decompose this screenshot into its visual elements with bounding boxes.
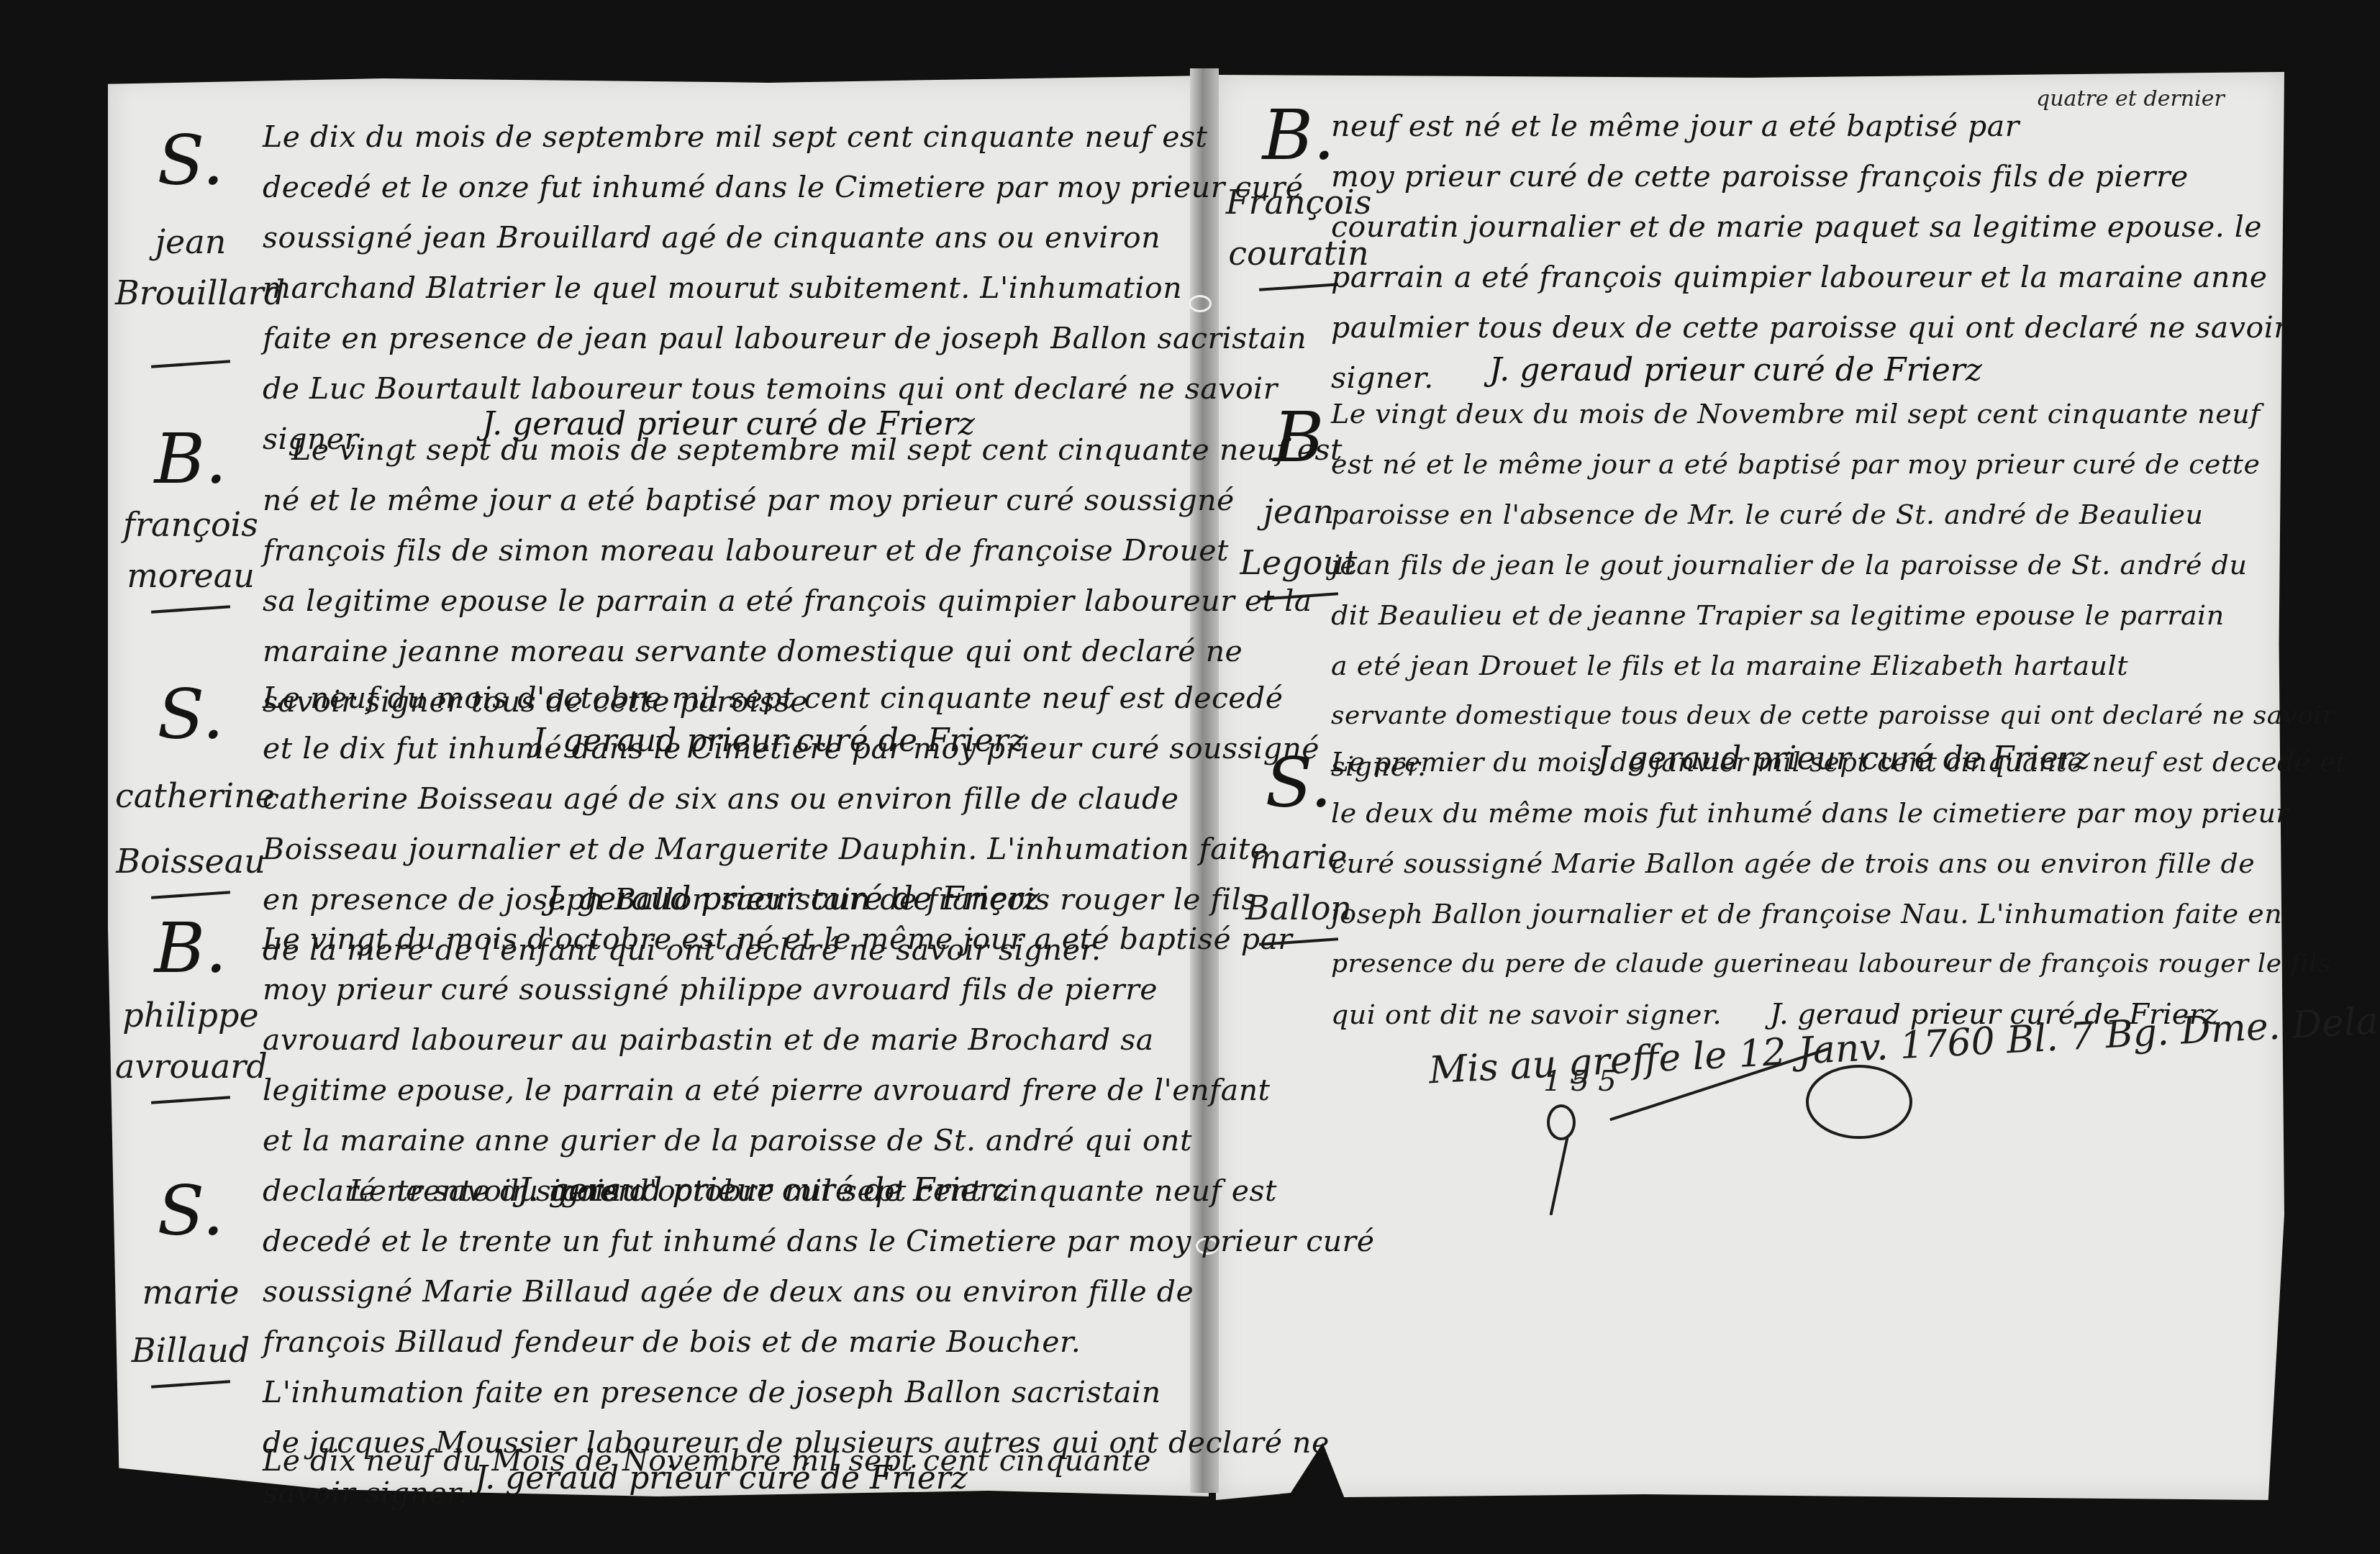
entry-line: jean fils de jean le gout journalier de … xyxy=(1331,540,2335,590)
paraph-flourish-icon xyxy=(1806,1065,1912,1139)
entry-line: est né et le même jour a eté baptisé par… xyxy=(1331,439,2335,489)
margin-name: moreau xyxy=(115,550,266,601)
entry-type-mark: S. xyxy=(115,126,266,195)
margin-name: jean xyxy=(115,217,266,268)
margin-name: Billaud xyxy=(115,1325,266,1376)
entry-line: avrouard laboureur au pairbastin et de m… xyxy=(263,1014,1292,1065)
entry-line: Le vingt sept du mois de septembre mil s… xyxy=(263,424,1343,475)
entry-type-mark: S. xyxy=(115,680,266,749)
entry-line: et la maraine anne gurier de la paroisse… xyxy=(263,1115,1292,1165)
entry-line: moy prieur curé soussigné philippe avrou… xyxy=(263,964,1292,1014)
entry-line: parrain a eté françois quimpier laboureu… xyxy=(1331,252,2288,302)
entry-line: Le dix neuf du Mois de Novembre mil sept… xyxy=(263,1435,1151,1486)
entry-line: neuf est né et le même jour a eté baptis… xyxy=(1331,101,2288,151)
entry-line: decedé et le onze fut inhumé dans le Cim… xyxy=(263,162,1307,212)
entry-line: Le vingt deux du mois de Novembre mil se… xyxy=(1331,388,2335,439)
margin-name: françois xyxy=(115,499,266,550)
entry-line: presence du pere de claude guerineau lab… xyxy=(1331,939,2347,989)
entry-line: Le vingt du mois d'octobre est né et le … xyxy=(263,914,1292,964)
entry-line: Le premier du mois de janvier mil sept c… xyxy=(1331,737,2347,788)
margin-name: Brouillard xyxy=(115,268,266,319)
entry-line: le deux du même mois fut inhumé dans le … xyxy=(1331,788,2347,838)
entry-type-mark: B. xyxy=(115,914,266,983)
entry-line: curé soussigné Marie Ballon agée de troi… xyxy=(1331,838,2347,889)
entry-line: a eté jean Drouet le fils et la maraine … xyxy=(1331,640,2335,691)
entry-type-mark: B. xyxy=(115,424,266,494)
entry-line: decedé et le trente un fut inhumé dans l… xyxy=(263,1216,1374,1266)
entry-line: Le neuf du mois d'octobre mil sept cent … xyxy=(263,673,1320,723)
entry-line: legitime epouse, le parrain a eté pierre… xyxy=(263,1065,1292,1115)
entry-line: françois fils de simon moreau laboureur … xyxy=(263,525,1343,576)
paraph-loop-icon xyxy=(1547,1104,1576,1140)
entry-line: joseph Ballon journalier et de françoise… xyxy=(1331,889,2347,939)
entry-line: soussigné jean Brouillard agé de cinquan… xyxy=(263,212,1307,263)
margin-name: avrouard xyxy=(115,1041,266,1092)
entry-line: françois Billaud fendeur de bois et de m… xyxy=(263,1317,1374,1367)
entry-line: dit Beaulieu et de jeanne Trapier sa leg… xyxy=(1331,590,2335,640)
register-entry: Le dix neuf du Mois de Novembre mil sept… xyxy=(263,1435,1151,1486)
margin-name: catherine xyxy=(115,771,266,822)
entry-line: paroisse en l'absence de Mr. le curé de … xyxy=(1331,489,2335,540)
entry-line: Boisseau journalier et de Marguerite Dau… xyxy=(263,824,1320,874)
entry-line: maraine jeanne moreau servante domestiqu… xyxy=(263,626,1343,676)
entry-line: sa legitime epouse le parrain a eté fran… xyxy=(263,576,1343,626)
entry-line: moy prieur curé de cette paroisse franço… xyxy=(1331,151,2288,201)
entry-line: couratin journalier et de marie paquet s… xyxy=(1331,201,2288,252)
entry-line: Le dix du mois de septembre mil sept cen… xyxy=(263,112,1307,162)
entry-line: né et le même jour a eté baptisé par moy… xyxy=(263,475,1343,525)
entry-type-mark: S. xyxy=(115,1176,266,1245)
entry-line: marchand Blatrier le quel mourut subitem… xyxy=(263,263,1307,313)
entry-line: catherine Boisseau agé de six ans ou env… xyxy=(263,773,1320,824)
entry-line: faite en presence de jean paul laboureur… xyxy=(263,313,1307,363)
margin-name: marie xyxy=(115,1267,266,1318)
entry-line: L'inhumation faite en presence de joseph… xyxy=(263,1367,1374,1417)
entry-line: et le dix fut inhumé dans le Cimetiere p… xyxy=(263,723,1320,773)
margin-name: Boisseau xyxy=(115,836,266,887)
registry-count: 1 5 5 xyxy=(1543,1065,1617,1098)
margin-name: philippe xyxy=(115,990,266,1041)
entry-line: soussigné Marie Billaud agée de deux ans… xyxy=(263,1266,1374,1317)
entry-line: Le trente du mois d'octobre mil sept cen… xyxy=(263,1165,1374,1216)
